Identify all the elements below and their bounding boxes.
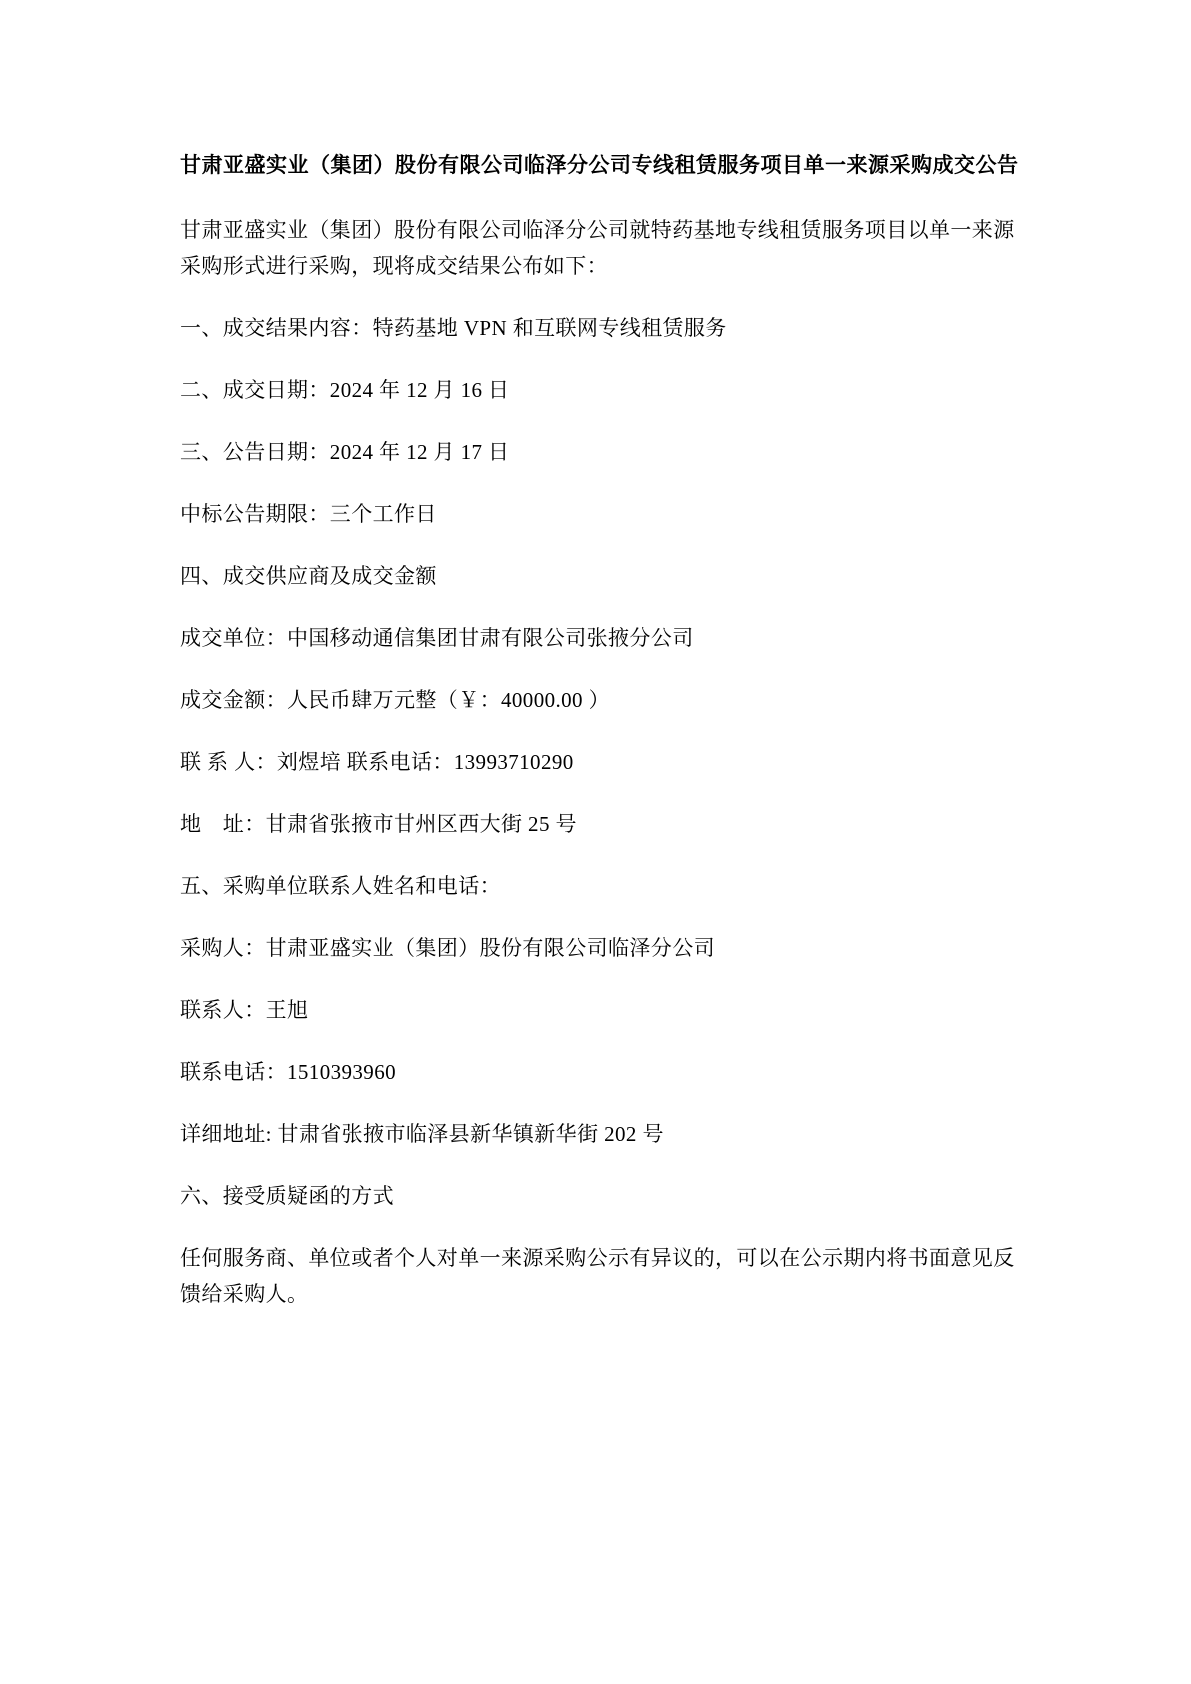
section-3-announcement-date: 三、公告日期：2024 年 12 月 17 日 bbox=[180, 434, 1019, 470]
purchaser-detailed-address: 详细地址: 甘肃省张掖市临泽县新华镇新华街 202 号 bbox=[180, 1116, 1019, 1152]
supplier-address: 地 址：甘肃省张掖市甘州区西大街 25 号 bbox=[180, 806, 1019, 842]
purchaser-contact-person: 联系人：王旭 bbox=[180, 992, 1019, 1028]
document-title: 甘肃亚盛实业（集团）股份有限公司临泽分公司专线租赁服务项目单一来源采购成交公告 bbox=[180, 148, 1019, 184]
section-1-result-content: 一、成交结果内容：特药基地 VPN 和互联网专线租赁服务 bbox=[180, 310, 1019, 346]
purchaser-phone: 联系电话：1510393960 bbox=[180, 1054, 1019, 1090]
intro-paragraph: 甘肃亚盛实业（集团）股份有限公司临泽分公司就特药基地专线租赁服务项目以单一来源采… bbox=[180, 212, 1019, 284]
document-page: 甘肃亚盛实业（集团）股份有限公司临泽分公司专线租赁服务项目单一来源采购成交公告 … bbox=[0, 0, 1191, 1684]
objection-paragraph: 任何服务商、单位或者个人对单一来源采购公示有异议的，可以在公示期内将书面意见反馈… bbox=[180, 1240, 1019, 1312]
section-2-deal-date: 二、成交日期：2024 年 12 月 16 日 bbox=[180, 372, 1019, 408]
section-6-objection-method-heading: 六、接受质疑函的方式 bbox=[180, 1178, 1019, 1214]
award-notice-period: 中标公告期限：三个工作日 bbox=[180, 496, 1019, 532]
section-4-supplier-and-amount: 四、成交供应商及成交金额 bbox=[180, 558, 1019, 594]
purchaser-name: 采购人：甘肃亚盛实业（集团）股份有限公司临泽分公司 bbox=[180, 930, 1019, 966]
deal-amount: 成交金额：人民币肆万元整（￥：40000.00 ） bbox=[180, 682, 1019, 718]
supplier-name: 成交单位：中国移动通信集团甘肃有限公司张掖分公司 bbox=[180, 620, 1019, 656]
supplier-contact-and-phone: 联 系 人：刘煜培 联系电话：13993710290 bbox=[180, 744, 1019, 780]
section-5-purchaser-contact-heading: 五、采购单位联系人姓名和电话： bbox=[180, 868, 1019, 904]
document-body: 甘肃亚盛实业（集团）股份有限公司临泽分公司就特药基地专线租赁服务项目以单一来源采… bbox=[180, 212, 1019, 1312]
